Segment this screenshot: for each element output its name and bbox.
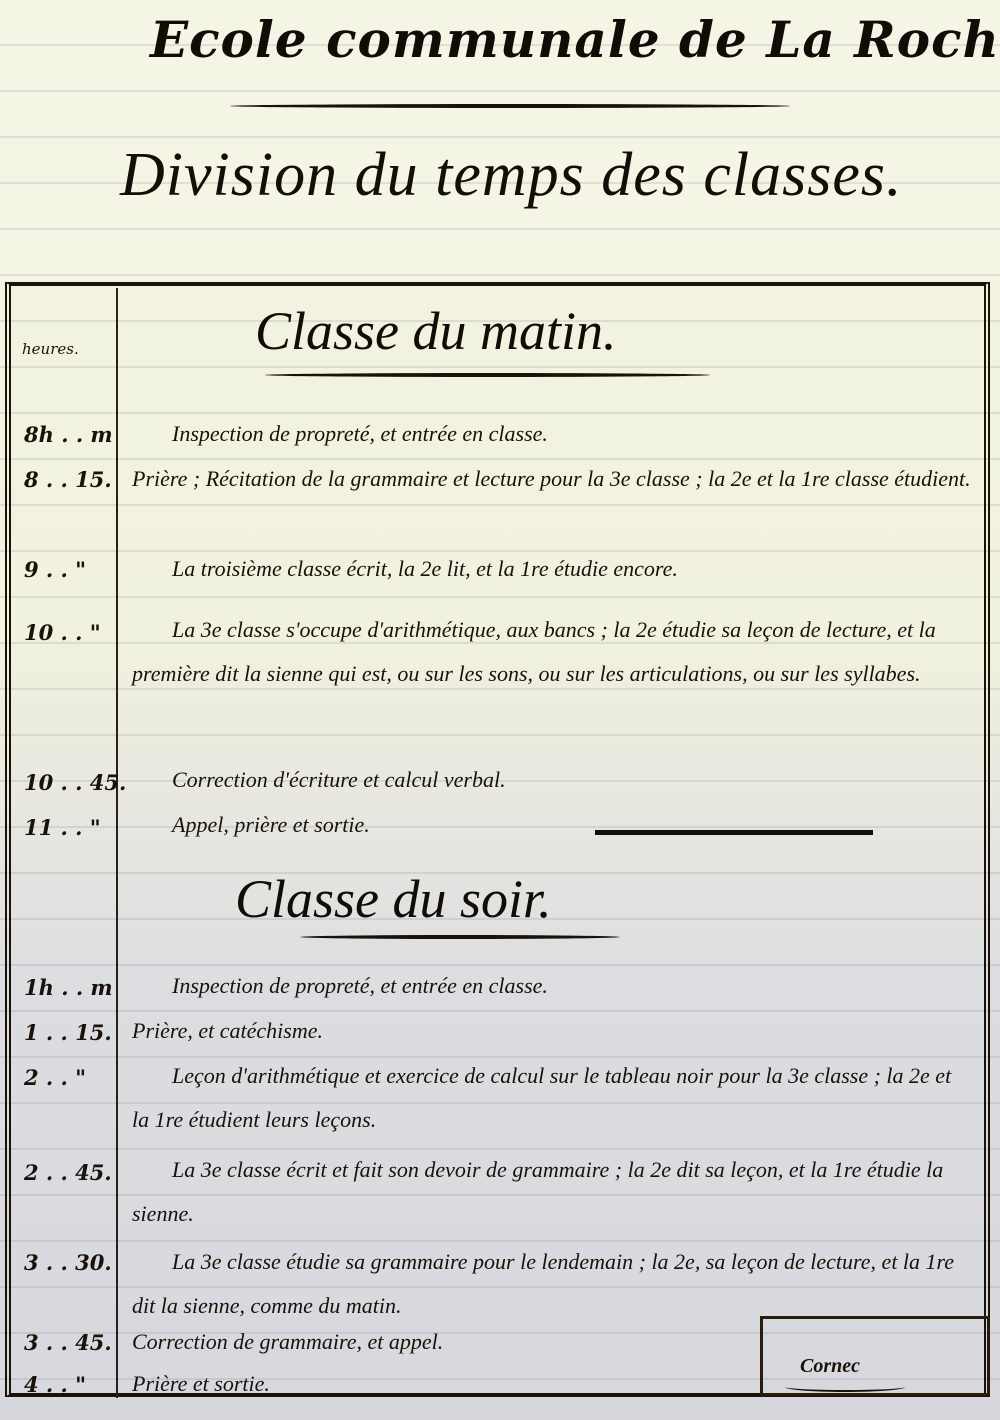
morning-title-underline	[265, 373, 710, 377]
afternoon-time: 2 . . "	[24, 1065, 114, 1090]
morning-time: 11 . . "	[24, 815, 114, 840]
title-underline	[230, 104, 790, 108]
afternoon-activity: Prière, et catéchisme.	[132, 1009, 972, 1053]
afternoon-time: 3 . . 30.	[24, 1250, 114, 1275]
morning-time: 10 . . 45.	[24, 770, 114, 795]
morning-time: 8h . . m	[24, 422, 114, 447]
morning-section-title: Classe du matin.	[255, 300, 617, 362]
afternoon-time: 3 . . 45.	[24, 1330, 114, 1355]
time-column-heading: heures.	[22, 340, 79, 358]
signature: Cornec	[800, 1355, 860, 1378]
morning-activity: Prière ; Récitation de la grammaire et l…	[132, 457, 972, 501]
afternoon-activity: La 3e classe écrit et fait son devoir de…	[132, 1148, 972, 1236]
morning-end-rule	[595, 830, 873, 835]
time-column-divider	[116, 288, 118, 1398]
school-name: Ecole communale de La Roche.	[150, 10, 970, 69]
afternoon-activity: Correction de grammaire, et appel.	[132, 1320, 732, 1364]
afternoon-title-underline	[300, 935, 620, 939]
manuscript-page: Ecole communale de La Roche. Division du…	[0, 0, 1000, 1420]
morning-activity: Appel, prière et sortie.	[132, 803, 972, 847]
afternoon-activity: Inspection de propreté, et entrée en cla…	[132, 964, 972, 1008]
morning-time: 9 . . "	[24, 557, 114, 582]
afternoon-time: 1h . . m	[24, 975, 114, 1000]
afternoon-activity: Leçon d'arithmétique et exercice de calc…	[132, 1054, 972, 1142]
morning-activity: Correction d'écriture et calcul verbal.	[132, 758, 972, 802]
signature-flourish	[785, 1382, 905, 1392]
afternoon-activity: La 3e classe étudie sa grammaire pour le…	[132, 1240, 972, 1328]
morning-time: 8 . . 15.	[24, 467, 114, 492]
afternoon-time: 2 . . 45.	[24, 1160, 114, 1185]
morning-time: 10 . . "	[24, 620, 114, 645]
morning-activity: La troisième classe écrit, la 2e lit, et…	[132, 547, 972, 591]
afternoon-section-title: Classe du soir.	[235, 868, 552, 930]
morning-activity: Inspection de propreté, et entrée en cla…	[132, 412, 972, 456]
document-title: Division du temps des classes.	[120, 140, 980, 211]
morning-activity: La 3e classe s'occupe d'arithmétique, au…	[132, 608, 972, 696]
afternoon-time: 4 . . "	[24, 1372, 114, 1397]
afternoon-activity: Prière et sortie.	[132, 1362, 732, 1406]
afternoon-time: 1 . . 15.	[24, 1020, 114, 1045]
